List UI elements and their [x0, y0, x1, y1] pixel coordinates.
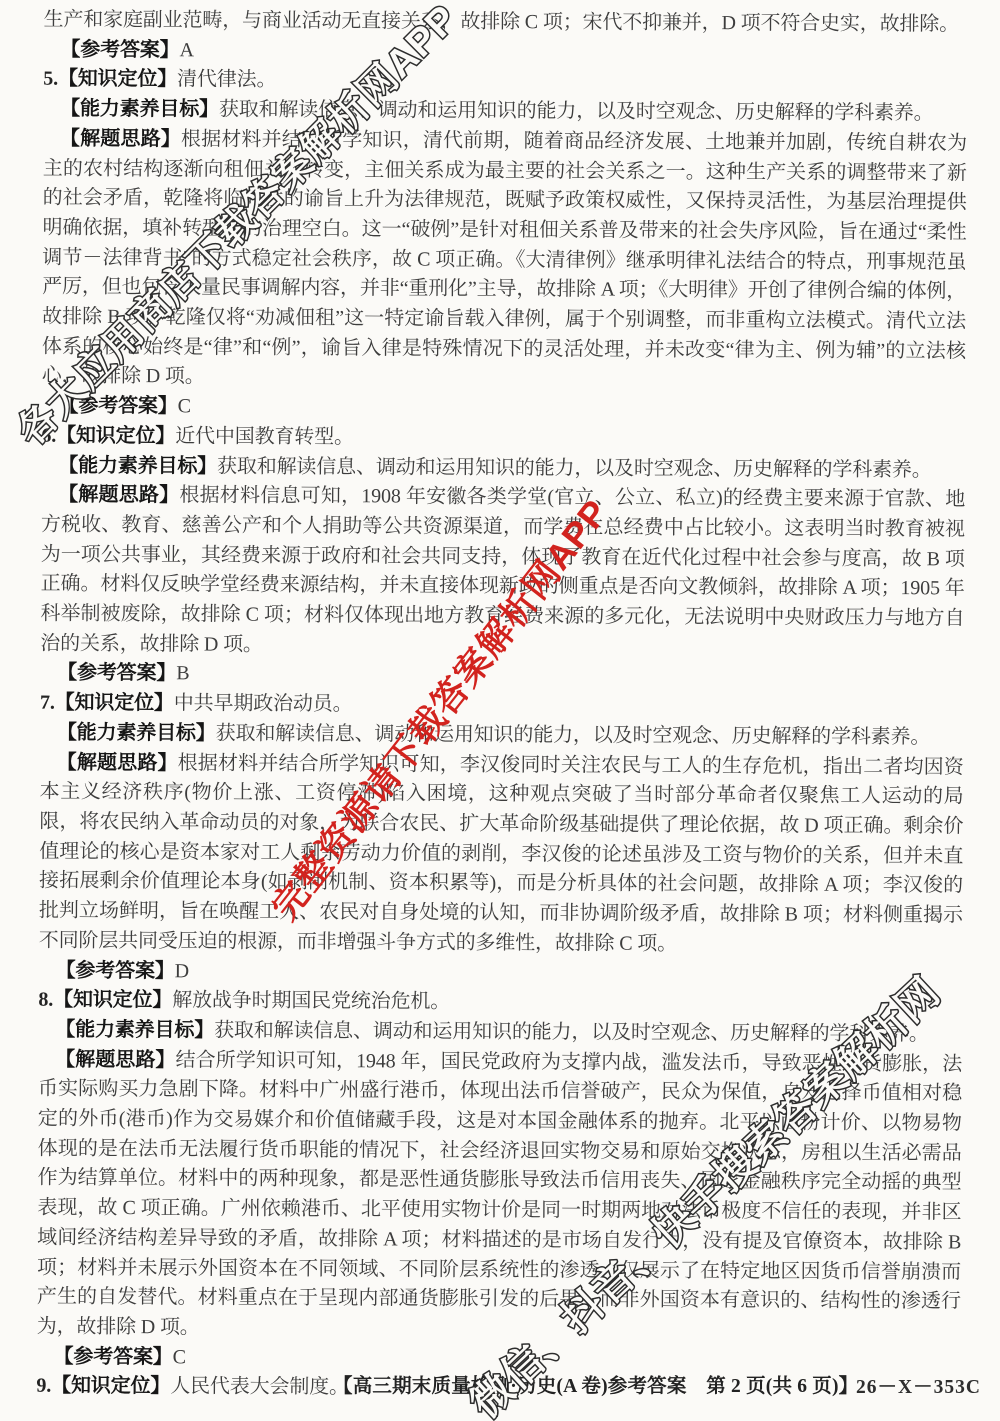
answer-item: 【参考答案】C: [37, 1342, 961, 1377]
answer-item: 【解题思路】根据材料并结合所学知识，清代前期，随着商品经济发展、土地兼并加剧，传…: [42, 124, 967, 396]
section-text: 中共早期政治动员。: [174, 692, 353, 715]
section-text: D: [175, 960, 189, 982]
section-text: 获取和解读信息、调动和运用知识的能力，以及时空观念、历史解释的学科素养。: [214, 1019, 929, 1045]
section-label: 【参考答案】: [54, 1345, 173, 1368]
question-number: 5.: [43, 68, 58, 90]
section-label: 【解题思路】: [60, 127, 181, 150]
section-label: 【能力素养目标】: [60, 98, 219, 121]
section-label: 【解题思路】: [57, 751, 178, 774]
section-label: 【参考答案】: [57, 662, 176, 685]
answer-item: 【参考答案】C: [41, 392, 965, 427]
section-text: A: [179, 39, 193, 61]
section-label: 【解题思路】: [58, 484, 179, 507]
answer-item: 5.【知识定位】清代律法。: [43, 65, 967, 100]
answer-item: 生产和家庭副业范畴，与商业活动无直接关系，故排除 C 项；宋代不抑兼并，D 项不…: [44, 6, 968, 41]
section-label: 【知识定位】: [53, 989, 172, 1012]
answer-item: 【解题思路】根据材料并结合所学知识可知，李汉俊同时关注农民与工人的生存危机，指出…: [39, 748, 964, 961]
answer-item: 【能力素养目标】获取和解读信息、调动和运用知识的能力，以及时空观念、历史解释的学…: [40, 718, 964, 753]
section-label: 【参考答案】: [60, 38, 179, 61]
question-number: 7.: [40, 692, 55, 714]
section-label: 【能力素养目标】: [55, 1019, 214, 1042]
section-text: C: [173, 1346, 186, 1368]
section-text: 生产和家庭副业范畴，与商业活动无直接关系，故排除 C 项；宋代不抑兼并，D 项不…: [44, 9, 960, 36]
section-text: B: [176, 663, 189, 685]
answer-item: 6.【知识定位】近代中国教育转型。: [41, 421, 965, 456]
section-label: 【参考答案】: [59, 395, 178, 418]
section-text: 结合所学知识可知，1948 年，国民党政府为支撑内战，滥发法币，导致恶性通货膨胀…: [37, 1049, 963, 1338]
answer-item: 7.【知识定位】中共早期政治动员。: [40, 689, 964, 724]
section-label: 【能力素养目标】: [58, 454, 217, 477]
answer-item: 【能力素养目标】获取和解读信息、调动和运用知识的能力，以及时空观念、历史解释的学…: [41, 451, 965, 486]
answer-item: 【能力素养目标】获取和解读信息、调动和运用知识的能力，以及时空观念、历史解释的学…: [38, 1015, 962, 1050]
question-number: 8.: [38, 989, 53, 1011]
section-text: 近代中国教育转型。: [175, 425, 354, 448]
section-text: 获取和解读信息、调动和运用知识的能力，以及时空观念、历史解释的学科素养。: [216, 722, 931, 748]
section-label: 【能力素养目标】: [57, 722, 216, 745]
answer-item: 9.【知识定位】人民代表大会制度。: [36, 1372, 960, 1407]
section-label: 【解题思路】: [55, 1048, 176, 1071]
section-text: 获取和解读信息、调动和运用知识的能力，以及时空观念、历史解释的学科素养。: [219, 99, 934, 125]
question-number: 6.: [41, 424, 56, 446]
section-text: 根据材料并结合所学知识可知，李汉俊同时关注农民与工人的生存危机，指出二者均因资本…: [39, 752, 964, 955]
section-text: 解放战争时期国民党统治危机。: [172, 989, 450, 1012]
answer-item: 【解题思路】根据材料信息可知，1908 年安徽各类学堂(官立、公立、私立)的经费…: [40, 481, 965, 664]
section-label: 【知识定位】: [51, 1375, 170, 1398]
section-text: 根据材料信息可知，1908 年安徽各类学堂(官立、公立、私立)的经费主要来源于官…: [40, 485, 965, 656]
section-text: C: [178, 395, 191, 417]
section-text: 根据材料并结合所学知识，清代前期，随着商品经济发展、土地兼并加剧，传统自耕农为主…: [42, 128, 967, 388]
scanned-answer-page: 生产和家庭副业范畴，与商业活动无直接关系，故排除 C 项；宋代不抑兼并，D 项不…: [0, 0, 1000, 1421]
section-text: 清代律法。: [177, 69, 276, 92]
section-text: 人民代表大会制度。: [170, 1376, 349, 1399]
answer-item: 【解题思路】结合所学知识可知，1948 年，国民党政府为支撑内战，滥发法币，导致…: [37, 1045, 963, 1347]
answer-item: 【参考答案】A: [43, 35, 967, 70]
section-label: 【知识定位】: [56, 425, 175, 448]
section-label: 【知识定位】: [55, 692, 174, 715]
section-label: 【参考答案】: [56, 959, 175, 982]
answer-explanation-list: 生产和家庭副业范畴，与商业活动无直接关系，故排除 C 项；宋代不抑兼并，D 项不…: [36, 6, 967, 1407]
section-text: 获取和解读信息、调动和运用知识的能力，以及时空观念、历史解释的学科素养。: [217, 455, 932, 481]
answer-item: 8.【知识定位】解放战争时期国民党统治危机。: [38, 986, 962, 1021]
answer-item: 【参考答案】D: [39, 956, 963, 991]
question-number: 9.: [36, 1375, 51, 1397]
section-label: 【知识定位】: [58, 68, 177, 91]
answer-item: 【能力素养目标】获取和解读信息、调动和运用知识的能力，以及时空观念、历史解释的学…: [43, 95, 967, 130]
answer-item: 【参考答案】B: [40, 659, 964, 694]
